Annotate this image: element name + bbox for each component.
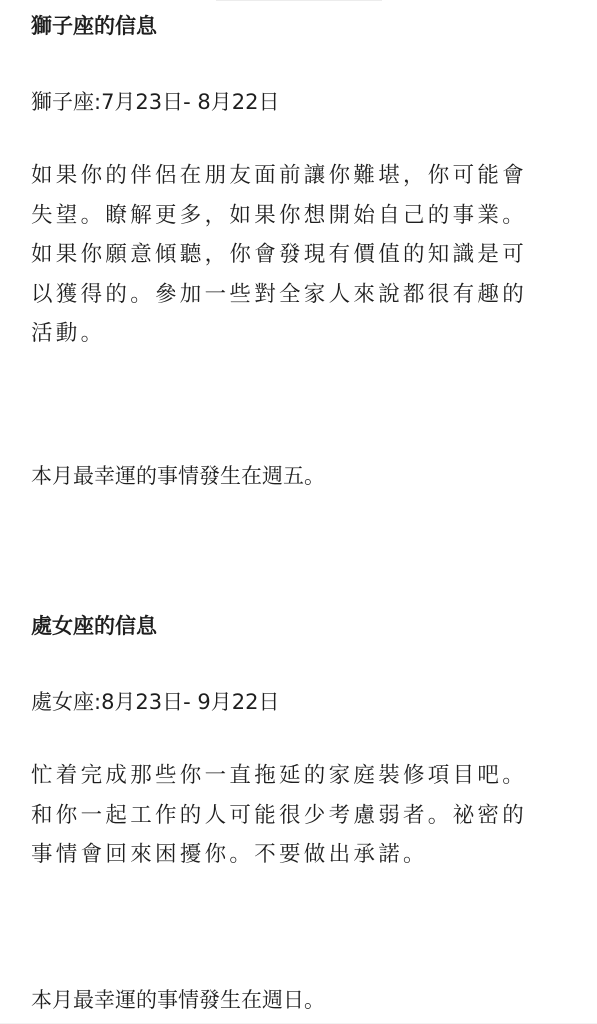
description-line: 和你一起工作的人可能很少考慮弱者。祕密的 (31, 796, 571, 836)
description-line: 失望。瞭解更多，如果你想開始自己的事業。 (31, 196, 571, 236)
top-edge-bar (216, 0, 382, 1)
description-line: 如果你願意傾聽，你會發現有價值的知識是可 (31, 235, 571, 275)
lucky-day: 本月最幸運的事情發生在週日。 (31, 984, 325, 1014)
description-line: 忙着完成那些你一直拖延的家庭裝修項目吧。 (31, 756, 571, 796)
lucky-day: 本月最幸運的事情發生在週五。 (31, 460, 325, 490)
description-line: 如果你的伴侶在朋友面前讓你難堪，你可能會 (31, 156, 571, 196)
description: 如果你的伴侶在朋友面前讓你難堪，你可能會 失望。瞭解更多，如果你想開始自己的事業… (31, 156, 571, 354)
description-line: 以獲得的。參加一些對全家人來說都很有趣的 (31, 275, 571, 315)
description-line: 活動。 (31, 314, 571, 354)
description-line: 事情會回來困擾你。不要做出承諾。 (31, 835, 571, 875)
date-range: 處女座:8月23日- 9月22日 (31, 686, 280, 716)
description: 忙着完成那些你一直拖延的家庭裝修項目吧。 和你一起工作的人可能很少考慮弱者。祕密… (31, 756, 571, 875)
date-range: 獅子座:7月23日- 8月22日 (31, 86, 280, 116)
section-title: 處女座的信息 (31, 610, 157, 640)
section-title: 獅子座的信息 (31, 10, 157, 40)
